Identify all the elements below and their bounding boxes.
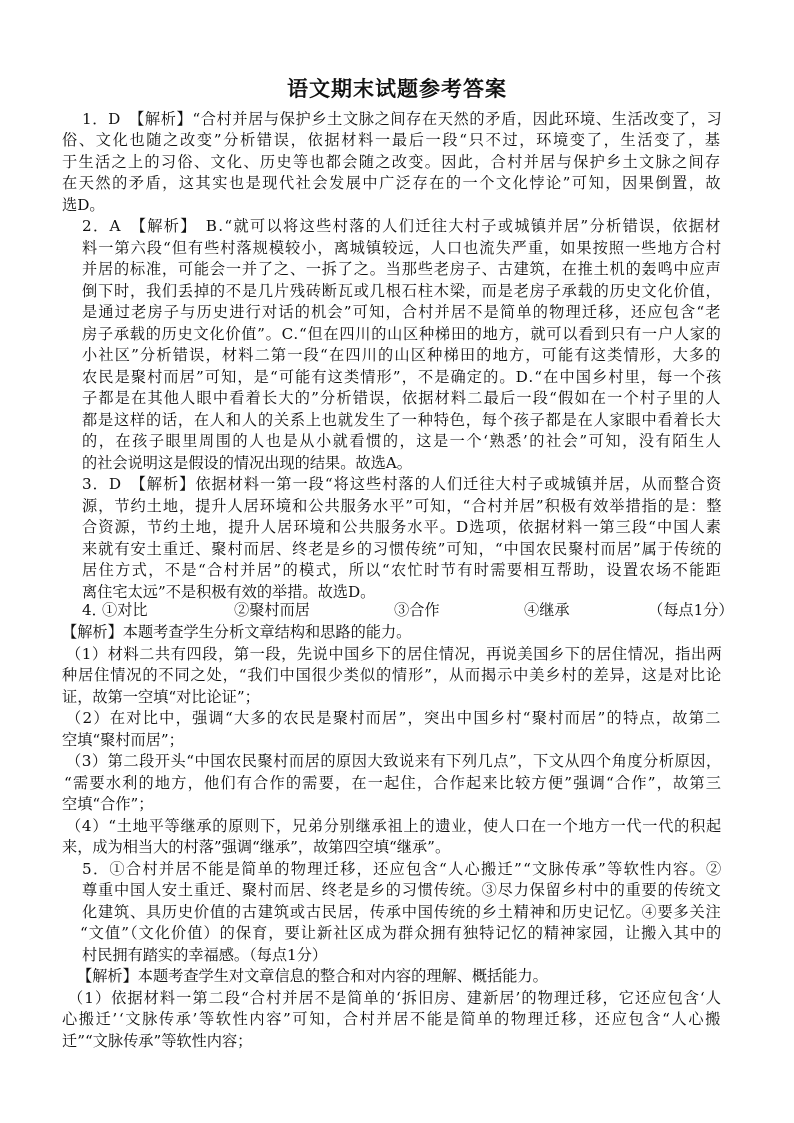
text-line: 于生活之上的习俗、文化、历史等也都会随之改变。因此，合村并居与保护乡土文脉之间存 [62,152,722,174]
text-line: （1）依据材料一第二段“合村并居不是简单的‘拆旧房、建新居’的物理迁移，它还应包… [68,988,722,1010]
text-line: 来，成为相当大的村落”强调“继承”，故第四空填“继承”。 [62,837,450,859]
text-line: 尊重中国人安土重迁、聚村而居、终老是乡的习惯传统。③尽力保留乡村中的重要的传统文 [82,880,722,902]
text-line: 并居的标准，可能会一并了之、一拆了之。当那些老房子、古建筑，在推土机的轰鸣中应声 [82,259,722,281]
text-line: 3．D 【解析】依据材料一第一段“将这些村落的人们迁往大村子或城镇并居，从而整合… [82,474,722,496]
text-line: “需要水利的地方，他们有合作的需要，在一起住，合作起来比较方便”强调“合作”，故… [64,773,722,795]
text-line: 子都是在其他人眼中看着长大的”分析错误，依据材料二最后一段“假如在一个村子里的人 [82,388,722,410]
text-line: 农民是聚村而居”可知，是“可能有这类情形”，不是确定的。D.“在中国乡村里，每一… [82,367,722,389]
text-line: 种居住情况的不同之处，“我们中国很少类似的情形”，从而揭示中美乡村的差异，这是对… [62,665,722,687]
text-line: 料一第六段“但有些村落规模较小，离城镇较远，人口也流失严重，如果按照一些地方合村 [82,238,722,260]
q4-answer-3: ③合作 [394,600,440,622]
question-4-answers: 4． ①对比 ②聚村而居 ③合作 ④继承 （每点1分） [82,600,722,622]
text-line: 心搬迁’‘文脉传承’等软性内容”可知，合村并居不能是简单的物理迁移，还应包含“人… [62,1009,722,1031]
text-line: 1．D 【解析】“合村并居与保护乡土文脉之间存在天然的矛盾，因此环境、生活改变了… [82,109,722,131]
text-line: 空填“聚村而居”； [62,730,184,752]
text-line: 2．A 【解析】 B.“就可以将这些村落的人们迁往大村子或城镇并居”分析错误，依… [82,216,722,238]
text-line: 【解析】本题考查学生分析文章结构和思路的能力。 [62,622,411,644]
text-line: 房子承载的历史文化价值”。C.“但在四川的山区种梯田的地方，就可以看到只有一户人… [82,324,722,346]
text-line: 村民拥有踏实的幸福感。（每点1分） [82,945,327,967]
q4-answer-2: ②聚村而居 [234,600,310,622]
text-line: 空填“合作”； [62,794,153,816]
text-line: 在天然的矛盾，这其实也是现代社会发展中广泛存在的一个文化悖论”可知，因果倒置，故 [62,173,722,195]
text-line: 倒下时，我们丢掉的不是几片残砖断瓦或几根石柱木梁，而是老房子承载的历史文化价值， [82,281,722,303]
text-line: 迁”“文脉传承”等软性内容； [62,1031,252,1053]
q4-answer-1: ①对比 [102,600,148,622]
text-line: 合资源，节约土地，提升人居环境和公共服务水平。D选项，依据材料一第三段“中国人素 [82,517,722,539]
text-line: 证，故第一空填“对比论证”； [62,687,260,709]
text-line: 【解析】本题考查学生对文章信息的整合和对内容的理解、概括能力。 [77,966,548,988]
text-line: （4）“土地平等继承的原则下，兄弟分别继承祖上的遗业，使人口在一个地方一代一代的… [66,816,722,838]
text-line: “文值”（文化价值）的保育，要让新社区成为群众拥有独特记忆的精神家园，让搬入其中… [80,923,722,945]
text-line: （2）在对比中，强调“大多的农民是聚村而居”，突出中国乡村“聚村而居”的特点，故… [66,708,722,730]
q4-answer-4: ④继承 [524,600,570,622]
text-line: 俗、文化也随之改变”分析错误，依据材料一最后一段“只不过，环境变了，生活变了，基 [62,130,722,152]
text-line: 化建筑、具历史价值的古建筑或古民居，传承中国传统的乡土精神和历史记忆。④要多关注 [82,902,722,924]
text-line: 的，在孩子眼里周围的人也是从小就看惯的，这是一个‘熟悉’的社会”可知，没有陌生人 [82,431,722,453]
text-line: （3）第二段开头“中国农民聚村而居的原因大致说来有下列几点”，下文从四个角度分析… [66,751,722,773]
text-line: （1）材料二共有四段，第一段，先说中国乡下的居住情况，再说美国乡下的居住情况，指… [66,644,722,666]
text-line: 5．①合村并居不能是简单的物理迁移，还应包含“人心搬迁”“文脉传承”等软性内容。… [82,859,722,881]
text-line: 都是这样的话，在人和人的关系上也就发生了一种特色，每个孩子都是在人家眼中看着长大 [82,410,722,432]
text-line: 居住方式，不是“合村并居”的模式，所以“农忙时节有时需要相互帮助，设置农场不能距 [82,560,722,582]
text-line: 的社会说明这是假设的情况出现的结果。故选A。 [82,453,412,475]
page-title: 语文期末试题参考答案 [0,76,794,102]
text-line: 源，节约土地，提升人居环境和公共服务水平”可知，“合村并居”积极有效举措指的是：… [82,496,722,518]
text-line: 来就有安土重迁、聚村而居、终老是乡的习惯传统”可知，“中国农民聚村而居”属于传统… [82,539,722,561]
text-line: 小社区”分析错误，材料二第一段“在四川的山区种梯田的地方，可能有这类情形，大多的 [82,345,722,367]
q4-score-note: （每点1分） [648,600,734,622]
answer-key-page: 语文期末试题参考答案 1．D 【解析】“合村并居与保护乡土文脉之间存在天然的矛盾… [0,0,794,1123]
text-line: 选D。 [62,195,105,217]
text-line: 是通过老房子与历史进行对话的机会”可知，合村并居不是简单的物理迁移，还应包含“老 [82,302,722,324]
